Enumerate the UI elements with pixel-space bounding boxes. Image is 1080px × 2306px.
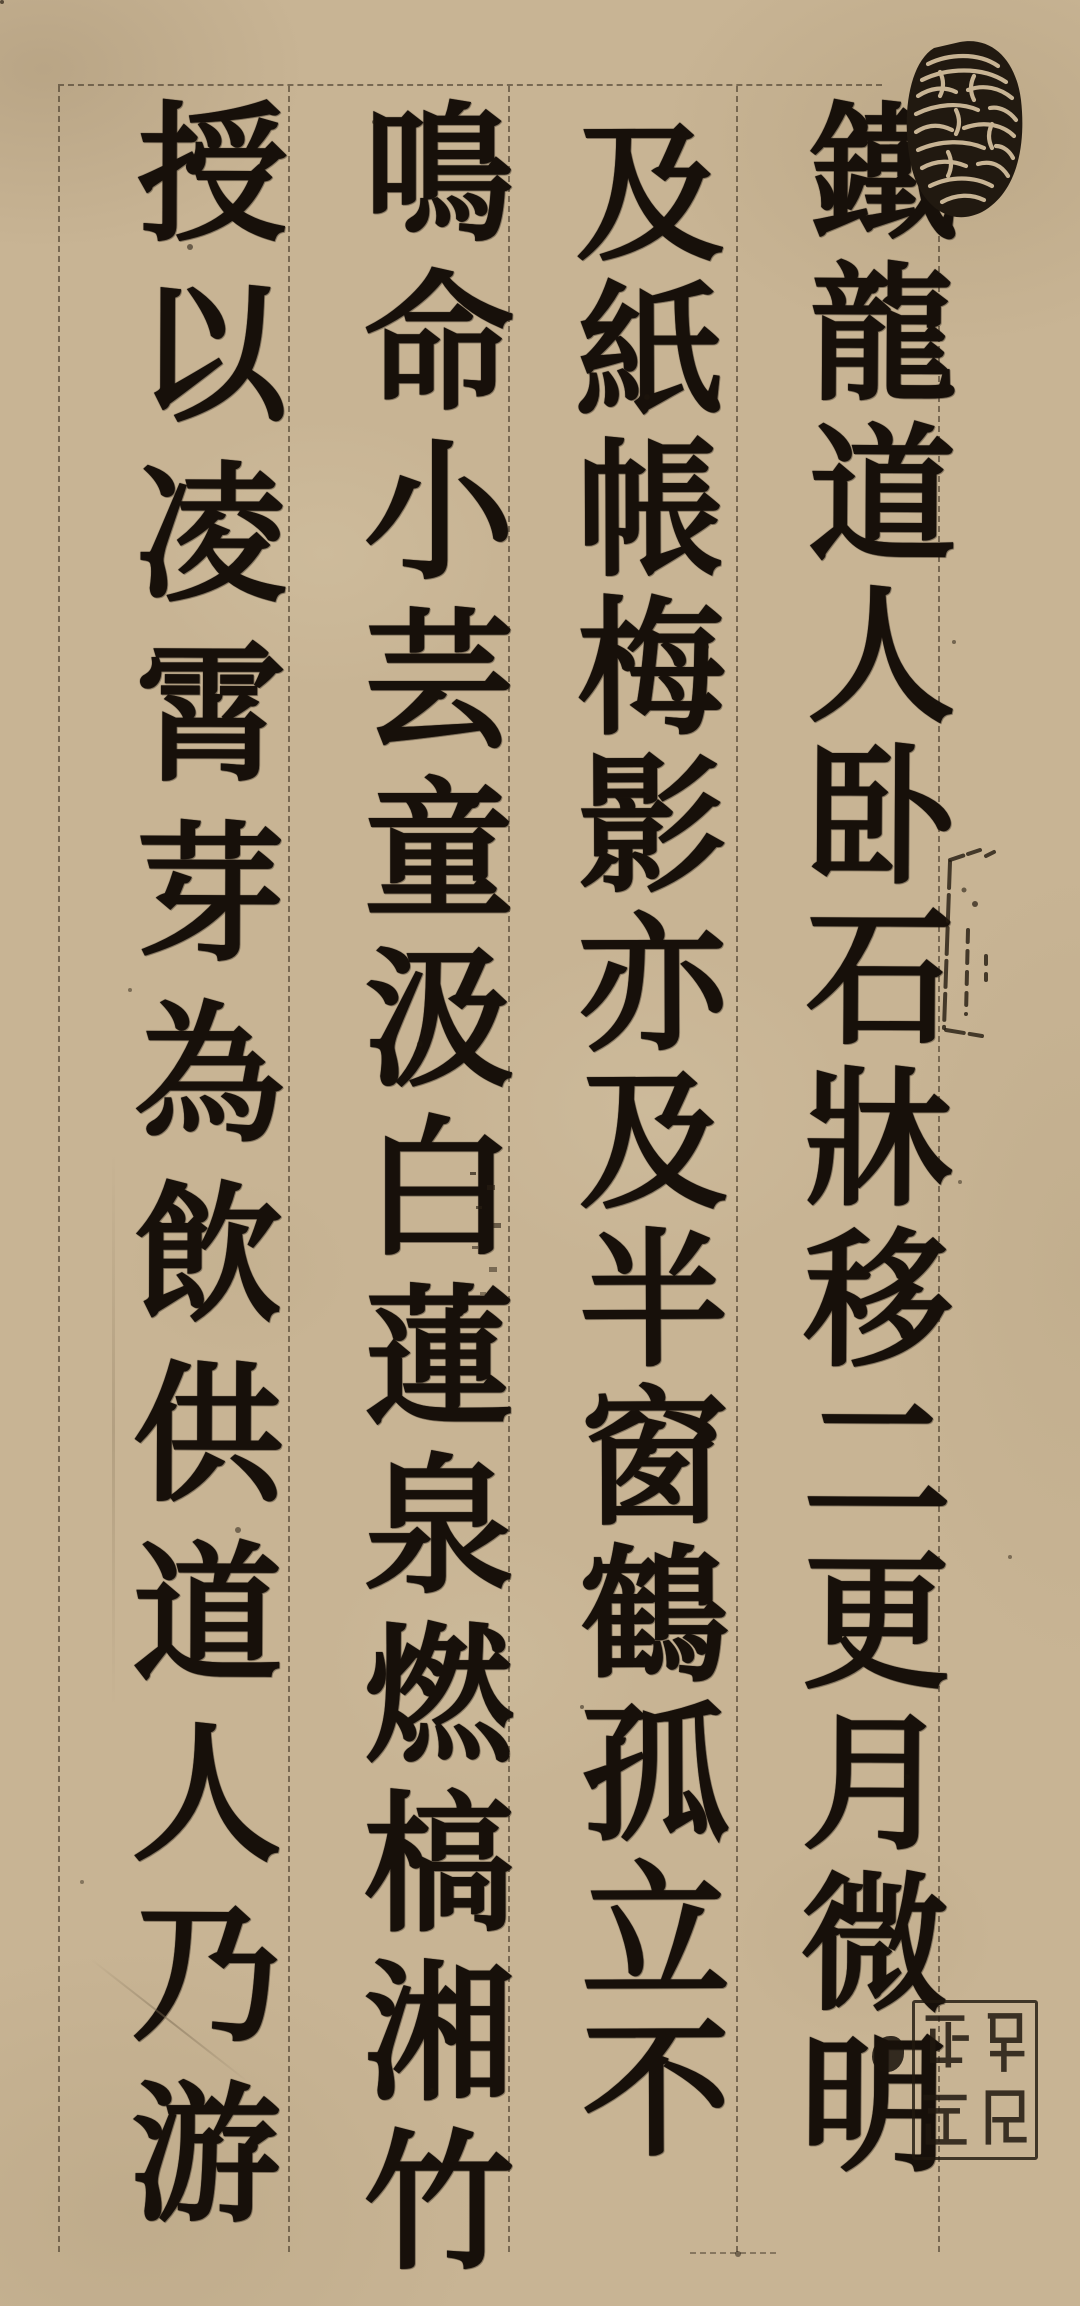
paper-crease — [112, 1150, 115, 1710]
frame-border-bottom-fragment — [690, 2252, 776, 2254]
text-column-3: 鳴命小芸童汲白蓮泉燃槁湘竹 — [318, 95, 534, 2292]
text-column-4: 授以凌霄芽為飲供道人乃游 — [84, 95, 308, 2256]
calligraphy-page: 鐵龍道人卧石牀移二更月微明 及紙帳梅影亦及半窗鶴孤立不 鳴命小芸童汲白蓮泉燃槁湘… — [0, 0, 1080, 2306]
round-relief-seal — [900, 36, 1028, 222]
ink-specks — [0, 0, 4, 4]
seal-glyph-bottom-right — [918, 2082, 972, 2153]
frame-border-left — [58, 86, 60, 2252]
frame-border-top — [58, 84, 882, 86]
partial-seal-outline — [928, 838, 1008, 1050]
text-column-2: 及紙帳梅影亦及半窗鶴孤立不 — [532, 116, 751, 2171]
seal-glyph-bottom-left — [978, 2082, 1032, 2153]
seal-pattern — [900, 36, 1028, 222]
text-column-1: 鐵龍道人卧石牀移二更月微明 — [757, 94, 980, 2188]
seal-glyph-top-left — [978, 2007, 1032, 2078]
annotation-marks — [470, 1172, 476, 1175]
seal-glyph-top-right — [918, 2007, 972, 2078]
square-collector-seal — [912, 2000, 1038, 2160]
